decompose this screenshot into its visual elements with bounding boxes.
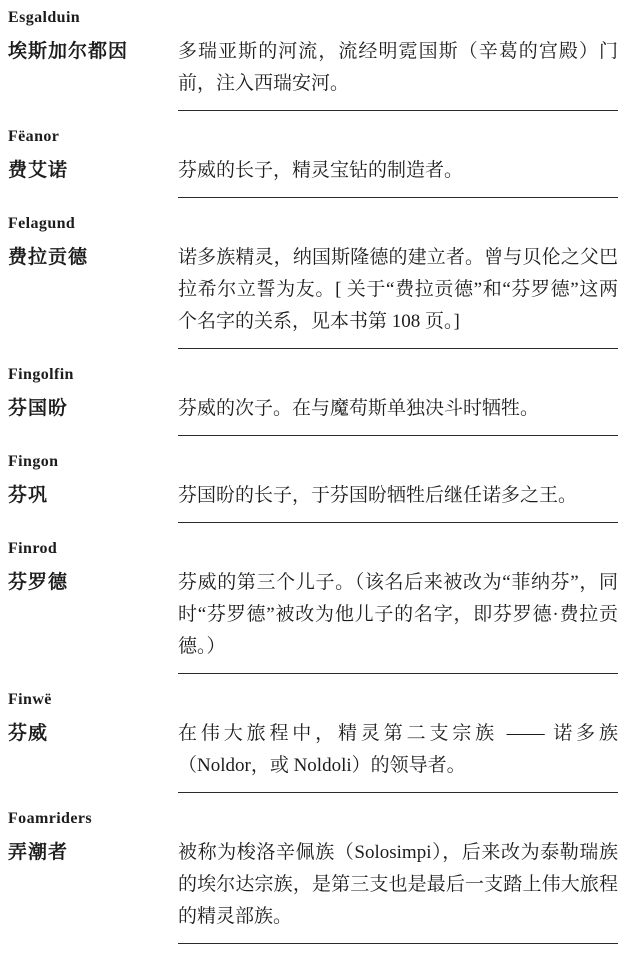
entry-chinese-name: 埃斯加尔都因 — [8, 36, 178, 68]
glossary-entry: Finrod 芬罗德 芬威的第三个儿子。（该名后来被改为“菲纳芬”，同时“芬罗德… — [8, 539, 618, 674]
glossary-entry: Foamriders 弄潮者 被称为梭洛辛佩族（Solosimpi），后来改为泰… — [8, 809, 618, 944]
entry-description: 被称为梭洛辛佩族（Solosimpi），后来改为泰勒瑞族的埃尔达宗族，是第三支也… — [178, 837, 618, 933]
entry-english-name: Foamriders — [8, 809, 618, 828]
entry-body: 费拉贡德 诺多族精灵，纳国斯隆德的建立者。曾与贝伦之父巴拉希尔立誓为友。[ 关于… — [8, 242, 618, 338]
entry-english-name: Felagund — [8, 214, 618, 233]
entry-body: 埃斯加尔都因 多瑞亚斯的河流，流经明霓国斯（辛葛的宫殿）门前，注入西瑞安河。 — [8, 36, 618, 100]
glossary-entry: Felagund 费拉贡德 诺多族精灵，纳国斯隆德的建立者。曾与贝伦之父巴拉希尔… — [8, 214, 618, 349]
entry-body: 弄潮者 被称为梭洛辛佩族（Solosimpi），后来改为泰勒瑞族的埃尔达宗族，是… — [8, 837, 618, 933]
entry-english-name: Fëanor — [8, 127, 618, 146]
glossary-page: Esgalduin 埃斯加尔都因 多瑞亚斯的河流，流经明霓国斯（辛葛的宫殿）门前… — [0, 0, 628, 944]
entry-chinese-name: 费拉贡德 — [8, 242, 178, 274]
entry-chinese-name: 芬巩 — [8, 480, 178, 512]
entry-divider — [178, 792, 618, 793]
glossary-entry: Finwë 芬威 在伟大旅程中，精灵第二支宗族 —— 诺多族（Noldor，或 … — [8, 690, 618, 793]
entry-divider — [178, 348, 618, 349]
glossary-entry: Esgalduin 埃斯加尔都因 多瑞亚斯的河流，流经明霓国斯（辛葛的宫殿）门前… — [8, 8, 618, 111]
entry-english-name: Fingolfin — [8, 365, 618, 384]
entry-body: 芬国昐 芬威的次子。在与魔苟斯单独决斗时牺牲。 — [8, 393, 618, 425]
entry-chinese-name: 弄潮者 — [8, 837, 178, 869]
entry-body: 芬威 在伟大旅程中，精灵第二支宗族 —— 诺多族（Noldor，或 Noldol… — [8, 718, 618, 782]
entry-divider — [178, 943, 618, 944]
entry-english-name: Esgalduin — [8, 8, 618, 27]
entry-chinese-name: 芬罗德 — [8, 567, 178, 599]
entry-divider — [178, 110, 618, 111]
entry-divider — [178, 435, 618, 436]
glossary-list: Esgalduin 埃斯加尔都因 多瑞亚斯的河流，流经明霓国斯（辛葛的宫殿）门前… — [8, 8, 618, 944]
entry-divider — [178, 197, 618, 198]
entry-chinese-name: 芬威 — [8, 718, 178, 750]
entry-description: 诺多族精灵，纳国斯隆德的建立者。曾与贝伦之父巴拉希尔立誓为友。[ 关于“费拉贡德… — [178, 242, 618, 338]
entry-body: 芬罗德 芬威的第三个儿子。（该名后来被改为“菲纳芬”，同时“芬罗德”被改为他儿子… — [8, 567, 618, 663]
entry-body: 芬巩 芬国昐的长子，于芬国昐牺牲后继任诺多之王。 — [8, 480, 618, 512]
entry-description: 芬威的长子，精灵宝钻的制造者。 — [178, 155, 618, 187]
entry-description: 芬国昐的长子，于芬国昐牺牲后继任诺多之王。 — [178, 480, 618, 512]
entry-chinese-name: 费艾诺 — [8, 155, 178, 187]
entry-english-name: Finwë — [8, 690, 618, 709]
entry-chinese-name: 芬国昐 — [8, 393, 178, 425]
entry-description: 在伟大旅程中，精灵第二支宗族 —— 诺多族（Noldor，或 Noldoli）的… — [178, 718, 618, 782]
glossary-entry: Fingon 芬巩 芬国昐的长子，于芬国昐牺牲后继任诺多之王。 — [8, 452, 618, 523]
entry-description: 多瑞亚斯的河流，流经明霓国斯（辛葛的宫殿）门前，注入西瑞安河。 — [178, 36, 618, 100]
glossary-entry: Fingolfin 芬国昐 芬威的次子。在与魔苟斯单独决斗时牺牲。 — [8, 365, 618, 436]
entry-divider — [178, 522, 618, 523]
entry-english-name: Finrod — [8, 539, 618, 558]
entry-body: 费艾诺 芬威的长子，精灵宝钻的制造者。 — [8, 155, 618, 187]
entry-divider — [178, 673, 618, 674]
glossary-entry: Fëanor 费艾诺 芬威的长子，精灵宝钻的制造者。 — [8, 127, 618, 198]
entry-description: 芬威的次子。在与魔苟斯单独决斗时牺牲。 — [178, 393, 618, 425]
entry-description: 芬威的第三个儿子。（该名后来被改为“菲纳芬”，同时“芬罗德”被改为他儿子的名字，… — [178, 567, 618, 663]
entry-english-name: Fingon — [8, 452, 618, 471]
